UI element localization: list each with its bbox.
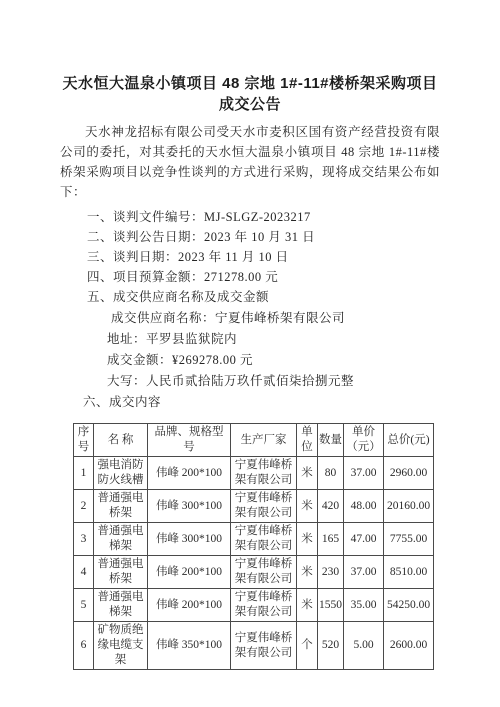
table-row: 6矿物质绝缘电缆支架伟峰 350*100宁夏伟峰桥架有限公司个5205.0026… [74, 622, 434, 670]
table-header-cell: 总价(元) [384, 424, 434, 457]
table-cell: 2960.00 [384, 457, 434, 490]
numbered-list: 一、谈判文件编号：MJ-SLGZ-2023217 二、谈判公告日期：2023 年… [60, 207, 440, 307]
table-cell: 54250.00 [384, 589, 434, 622]
table-cell: 47.00 [344, 523, 384, 556]
award-amount-words-line: 大写：人民币贰拾陆万玖仟贰佰柒拾捌元整 [60, 371, 440, 392]
table-header-cell: 单价（元） [344, 424, 384, 457]
table-cell: 普通强电桥架 [94, 556, 148, 589]
results-table-head-row: 序号名 称品牌、规格型号生产厂家单位数量单价（元）总价(元) [74, 424, 434, 457]
table-cell: 宁夏伟峰桥架有限公司 [231, 622, 297, 670]
table-cell: 1550 [318, 589, 344, 622]
table-cell: 5 [74, 589, 94, 622]
table-cell: 宁夏伟峰桥架有限公司 [231, 556, 297, 589]
table-cell: 米 [297, 589, 318, 622]
table-cell: 宁夏伟峰桥架有限公司 [231, 457, 297, 490]
table-cell: 伟峰 200*100 [148, 589, 231, 622]
table-row: 1强电消防防火线槽伟峰 200*100宁夏伟峰桥架有限公司米8037.00296… [74, 457, 434, 490]
table-cell: 8510.00 [384, 556, 434, 589]
numbered-item-4: 四、项目预算金额：271278.00 元 [60, 267, 440, 287]
table-cell: 37.00 [344, 457, 384, 490]
award-amount-line: 成交金额：¥269278.00 元 [60, 350, 440, 371]
document-page: 天水恒大温泉小镇项目 48 宗地 1#-11#楼桥架采购项目 成交公告 天水神龙… [0, 0, 500, 707]
table-header-cell: 序号 [74, 424, 94, 457]
table-cell: 普通强电梯架 [94, 589, 148, 622]
results-table-head: 序号名 称品牌、规格型号生产厂家单位数量单价（元）总价(元) [74, 424, 434, 457]
table-cell: 520 [318, 622, 344, 670]
table-header-cell: 单位 [297, 424, 318, 457]
table-cell: 伟峰 200*100 [148, 556, 231, 589]
table-cell: 1 [74, 457, 94, 490]
document-title-line1: 天水恒大温泉小镇项目 48 宗地 1#-11#楼桥架采购项目 [60, 73, 440, 94]
table-row: 3普通强电梯架伟峰 300*100宁夏伟峰桥架有限公司米16547.007755… [74, 523, 434, 556]
table-cell: 米 [297, 457, 318, 490]
table-cell: 强电消防防火线槽 [94, 457, 148, 490]
table-cell: 7755.00 [384, 523, 434, 556]
table-cell: 伟峰 300*100 [148, 523, 231, 556]
numbered-item-5: 五、成交供应商名称及成交金额 [60, 287, 440, 307]
table-cell: 2600.00 [384, 622, 434, 670]
table-cell: 80 [318, 457, 344, 490]
table-row: 2普通强电桥架伟峰 300*100宁夏伟峰桥架有限公司米42048.002016… [74, 490, 434, 523]
results-table-body: 1强电消防防火线槽伟峰 200*100宁夏伟峰桥架有限公司米8037.00296… [74, 457, 434, 670]
table-cell: 米 [297, 490, 318, 523]
table-header-cell: 数量 [318, 424, 344, 457]
table-cell: 165 [318, 523, 344, 556]
table-cell: 伟峰 350*100 [148, 622, 231, 670]
table-header-cell: 生产厂家 [231, 424, 297, 457]
intro-paragraph: 天水神龙招标有限公司受天水市麦积区国有资产经营投资有限公司的委托，对其委托的天水… [60, 122, 440, 202]
table-cell: 37.00 [344, 556, 384, 589]
table-cell: 420 [318, 490, 344, 523]
award-supplier-line: 成交供应商名称：宁夏伟峰桥架有限公司 [60, 308, 440, 329]
table-row: 5普通强电梯架伟峰 200*100宁夏伟峰桥架有限公司米155035.00542… [74, 589, 434, 622]
table-cell: 2 [74, 490, 94, 523]
table-cell: 230 [318, 556, 344, 589]
table-cell: 48.00 [344, 490, 384, 523]
award-details: 成交供应商名称：宁夏伟峰桥架有限公司 地址：平罗县监狱院内 成交金额：¥2692… [60, 308, 440, 392]
award-address-line: 地址：平罗县监狱院内 [60, 329, 440, 350]
table-cell: 宁夏伟峰桥架有限公司 [231, 490, 297, 523]
results-table: 序号名 称品牌、规格型号生产厂家单位数量单价（元）总价(元) 1强电消防防火线槽… [73, 423, 434, 670]
numbered-item-1: 一、谈判文件编号：MJ-SLGZ-2023217 [60, 207, 440, 227]
table-cell: 矿物质绝缘电缆支架 [94, 622, 148, 670]
table-cell: 4 [74, 556, 94, 589]
table-cell: 个 [297, 622, 318, 670]
table-cell: 伟峰 200*100 [148, 457, 231, 490]
table-cell: 米 [297, 556, 318, 589]
table-header-cell: 名 称 [94, 424, 148, 457]
section-6-heading: 六、成交内容 [60, 392, 440, 413]
table-cell: 5.00 [344, 622, 384, 670]
table-cell: 6 [74, 622, 94, 670]
table-cell: 35.00 [344, 589, 384, 622]
table-cell: 宁夏伟峰桥架有限公司 [231, 589, 297, 622]
table-cell: 20160.00 [384, 490, 434, 523]
table-cell: 米 [297, 523, 318, 556]
document-title-line2: 成交公告 [60, 94, 440, 115]
table-header-cell: 品牌、规格型号 [148, 424, 231, 457]
table-cell: 3 [74, 523, 94, 556]
table-cell: 普通强电桥架 [94, 490, 148, 523]
table-cell: 普通强电梯架 [94, 523, 148, 556]
table-cell: 宁夏伟峰桥架有限公司 [231, 523, 297, 556]
document-content: 天水恒大温泉小镇项目 48 宗地 1#-11#楼桥架采购项目 成交公告 天水神龙… [60, 73, 440, 670]
numbered-item-3: 三、谈判日期：2023 年 11 月 10 日 [60, 247, 440, 267]
numbered-item-2: 二、谈判公告日期：2023 年 10 月 31 日 [60, 227, 440, 247]
table-row: 4普通强电桥架伟峰 200*100宁夏伟峰桥架有限公司米23037.008510… [74, 556, 434, 589]
table-cell: 伟峰 300*100 [148, 490, 231, 523]
